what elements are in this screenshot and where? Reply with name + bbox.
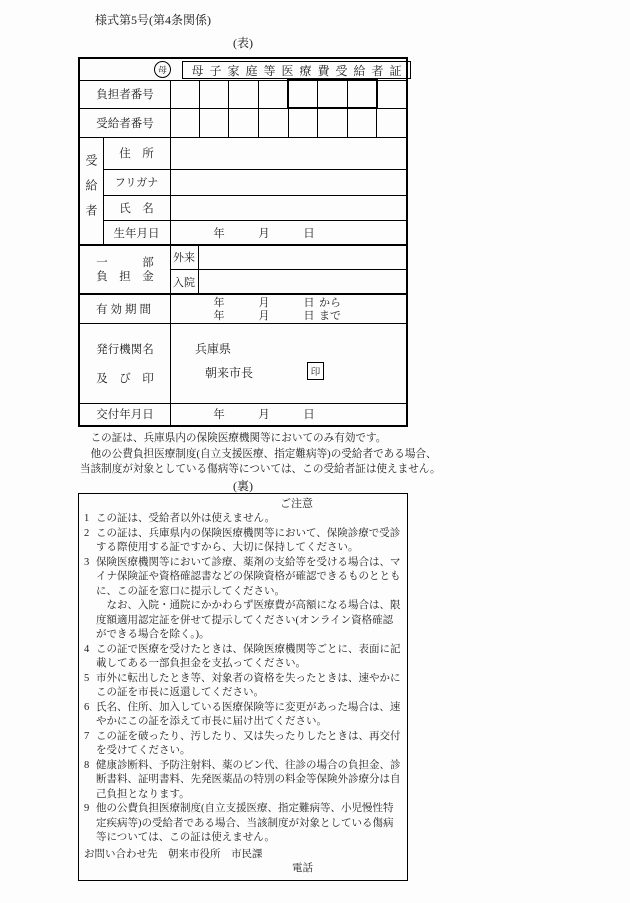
valid-to-suffix: まで xyxy=(319,307,341,323)
front-notes: この証は、兵庫県内の保険医療機関等においてのみ有効です。 他の公費負担医療制度(… xyxy=(80,431,441,478)
recipient-number-cells xyxy=(170,108,406,137)
copay-label-line1: 一 部 xyxy=(96,256,154,270)
number-cell xyxy=(200,108,230,137)
issuer-prefecture: 兵庫県 xyxy=(195,340,231,357)
number-cell xyxy=(377,108,406,137)
valid-period-value: 年 月 日 から 年 月 日 まで xyxy=(170,294,406,323)
notice-item: 4 この証で医療を受けたときは、保険医療機関等ごとに、表面に記載してある一部負担… xyxy=(84,643,402,672)
item-text: この証は、受給者以外は使えません。 xyxy=(96,512,402,527)
item-text: 保険医療機関等において診療、薬剤の支給等を受ける場合は、マイナ保険証や資格確認書… xyxy=(96,556,402,643)
number-cell xyxy=(348,108,378,137)
valid-from-row: 年 月 日 から xyxy=(170,296,406,309)
notice-item: 1 この証は、受給者以外は使えません。 xyxy=(84,512,402,527)
issue-date-value: 年 月 日 xyxy=(170,403,406,425)
number-cell xyxy=(289,108,319,137)
back-side-label: (裏) xyxy=(0,477,486,494)
notice-title: ご注意 xyxy=(280,497,402,512)
notice-item: 9 他の公費負担医療制度(自立支援医療、指定難病等、小児慢性特定疾病等)の受給者… xyxy=(84,802,402,846)
year-label: 年 xyxy=(211,225,227,241)
recipient-vertical-label: 受給者 xyxy=(80,137,103,245)
item-text: この証は、兵庫県内の保険医療機関等において、保険診療で受診する際使用する証ですか… xyxy=(96,527,402,556)
number-cell xyxy=(229,108,259,137)
item-text: 市外に転出したとき等、対象者の資格を失ったときは、速やかにこの証を市長に返還して… xyxy=(96,672,402,701)
copay-label: 一 部 負 担 金 xyxy=(80,245,170,294)
notice-item: 2 この証は、兵庫県内の保険医療機関等において、保険診療で受診する際使用する証で… xyxy=(84,527,402,556)
payer-number-highlight-box xyxy=(287,79,378,109)
item-text: 健康診断料、予防注射料、薬のビン代、往診の場合の負担金、診断書料、証明書料、先発… xyxy=(96,759,402,803)
front-side-label: (表) xyxy=(0,34,486,51)
item-number: 4 xyxy=(84,643,96,672)
mother-circle-mark: 母 xyxy=(154,61,171,78)
name-label: 氏 名 xyxy=(103,195,170,220)
valid-to-row: 年 月 日 まで xyxy=(170,309,406,322)
item-text: この証で医療を受けたときは、保険医療機関等ごとに、表面に記載してある一部負担金を… xyxy=(96,643,402,672)
front-note-line: 他の公費負担医療制度(自立支援医療、指定難病等)の受給者である場合、 xyxy=(80,447,441,463)
birthdate-label: 生年月日 xyxy=(103,220,170,245)
month-label: 月 xyxy=(256,225,272,241)
divider xyxy=(198,245,199,294)
item-text: 他の公費負担医療制度(自立支援医療、指定難病等、小児慢性特定疾病等)の受給者であ… xyxy=(96,802,402,846)
inpatient-label: 入院 xyxy=(170,269,198,294)
notice-item: 6 氏名、住所、加入している医療保険等に変更があった場合は、速やかにこの証を添え… xyxy=(84,701,402,730)
day-label: 日 xyxy=(301,406,317,422)
month-label: 月 xyxy=(256,307,272,323)
number-cell xyxy=(259,80,289,108)
certificate-table: 母 母子家庭等医療費受給者証 負担者番号 受給者番号 受給者 住 所 フリガナ … xyxy=(78,57,408,427)
issue-date-label: 交付年月日 xyxy=(80,403,170,425)
outpatient-label: 外来 xyxy=(170,245,198,269)
issuer-label: 発行機関名 及 び 印 xyxy=(80,323,170,403)
divider xyxy=(170,269,406,270)
notice-item: 8 健康診断料、予防注射料、薬のビン代、往診の場合の負担金、診断書料、証明書料、… xyxy=(84,759,402,803)
item-text: この証を破ったり、汚したり、又は失ったりしたときは、再交付を受けてください。 xyxy=(96,730,402,759)
phone-label: 電話 xyxy=(292,862,402,877)
seal-box: 印 xyxy=(307,362,324,380)
back-notice-box: ご注意 1 この証は、受給者以外は使えません。 2 この証は、兵庫県内の保険医療… xyxy=(78,493,408,881)
certificate-title: 母子家庭等医療費受給者証 xyxy=(182,61,411,79)
copay-label-line2: 負 担 金 xyxy=(96,270,154,284)
notice-item: 3 保険医療機関等において診療、薬剤の支給等を受ける場合は、マイナ保険証や資格確… xyxy=(84,556,402,643)
number-cell xyxy=(229,80,259,108)
item-number: 9 xyxy=(84,802,96,846)
notice-item: 7 この証を破ったり、汚したり、又は失ったりしたときは、再交付を受けてください。 xyxy=(84,730,402,759)
day-label: 日 xyxy=(301,307,317,323)
item-number: 2 xyxy=(84,527,96,556)
day-label: 日 xyxy=(301,225,317,241)
item-number: 6 xyxy=(84,701,96,730)
address-label: 住 所 xyxy=(103,137,170,169)
item-number: 1 xyxy=(84,512,96,527)
issuer-label-line1: 発行機関名 xyxy=(96,341,154,357)
form-number: 様式第5号(第4条関係) xyxy=(95,11,211,28)
birthdate-value: 年 月 日 xyxy=(170,220,406,245)
year-label: 年 xyxy=(211,406,227,422)
document-page: 様式第5号(第4条関係) (表) 母 母子家庭等医療費受給者証 負担者番号 受給… xyxy=(0,0,630,903)
front-note-line: この証は、兵庫県内の保険医療機関等においてのみ有効です。 xyxy=(80,431,441,447)
number-cell xyxy=(259,108,289,137)
item-note: なお、入院・通院にかかわらず医療費が高額になる場合は、限度額適用認定証を併せて提… xyxy=(96,599,402,643)
year-label: 年 xyxy=(211,307,227,323)
contact-line: お問い合わせ先 朝来市役所 市民課 xyxy=(84,848,402,863)
item-text-main: 保険医療機関等において診療、薬剤の支給等を受ける場合は、マイナ保険証や資格確認書… xyxy=(96,557,401,597)
furigana-label: フリガナ xyxy=(103,169,170,195)
number-cell xyxy=(377,80,406,108)
item-number: 7 xyxy=(84,730,96,759)
number-cell xyxy=(170,80,200,108)
payer-number-label: 負担者番号 xyxy=(80,80,170,108)
number-cell xyxy=(318,108,348,137)
item-text: 氏名、住所、加入している医療保険等に変更があった場合は、速やかにこの証を添えて市… xyxy=(96,701,402,730)
valid-period-label: 有効期間 xyxy=(80,294,170,323)
recipient-number-label: 受給者番号 xyxy=(80,108,170,137)
number-cell xyxy=(170,108,200,137)
item-number: 8 xyxy=(84,759,96,803)
month-label: 月 xyxy=(256,406,272,422)
front-note-line: 当該制度が対象としている傷病等については、この受給者証は使えません。 xyxy=(80,462,441,478)
item-number: 3 xyxy=(84,556,96,643)
issuer-mayor: 朝来市長 xyxy=(205,364,253,381)
issuer-label-line2: 及 び 印 xyxy=(96,370,154,386)
item-number: 5 xyxy=(84,672,96,701)
notice-item: 5 市外に転出したとき等、対象者の資格を失ったときは、速やかにこの証を市長に返還… xyxy=(84,672,402,701)
number-cell xyxy=(200,80,230,108)
